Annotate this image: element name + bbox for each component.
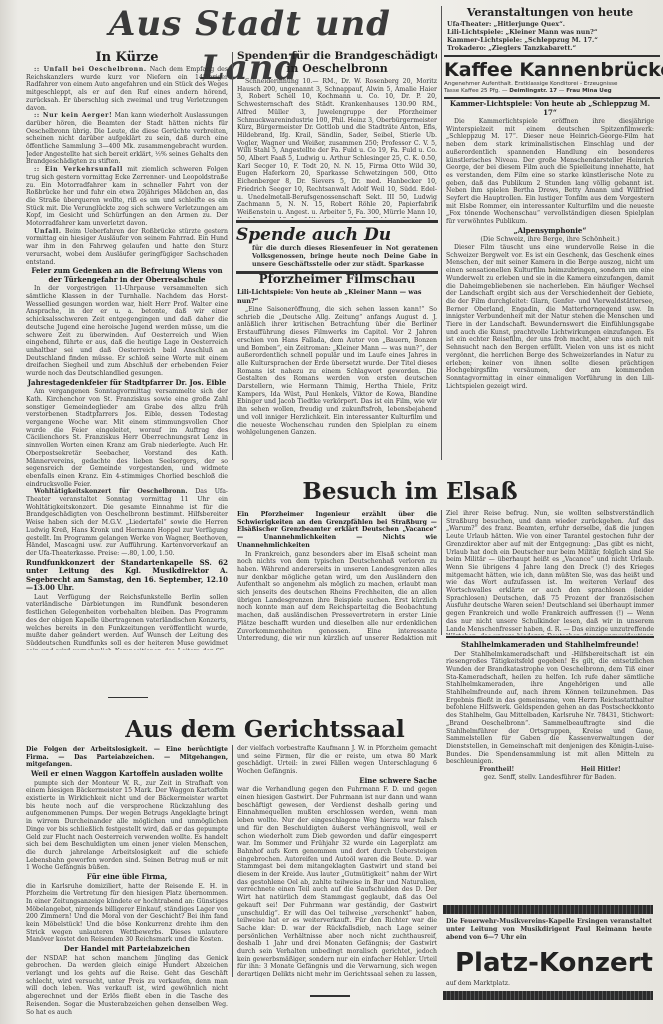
cafe-line1: Angenehmer Aufenthalt. Erstklassige Kond… xyxy=(444,81,660,88)
spende-ad-text: für die durch dieses Riesenfeuer in Not … xyxy=(236,245,438,269)
newspaper-page: Aus Stadt und Land Veranstaltungen von h… xyxy=(0,0,663,1024)
kurze-column: In Kürze :: Unfall bei Oeschelbronn. Nac… xyxy=(26,50,228,650)
column-rule xyxy=(232,745,233,977)
events-title: Veranstaltungen von heute xyxy=(447,6,653,20)
cafe-owner: Frau Mina Ueg xyxy=(566,88,611,94)
stahlhelm-greeting-right: Heil Hitler! xyxy=(581,766,621,774)
column-rule xyxy=(232,52,233,460)
jahrestag-heading: Jahrestagedenkfeier für Stadtpfarrer Dr.… xyxy=(26,379,228,388)
elsass-right: Ziel ihrer Reise befrug. Nun, sie wollte… xyxy=(446,510,654,635)
column-rule xyxy=(441,510,442,635)
filmschau-sub2: Kammer-Lichtspiele: Von heute ab „Schlep… xyxy=(446,100,654,117)
filmschau-title: Pforzheimer Filmschau xyxy=(237,272,437,287)
spende-ad-title: Spende auch Du xyxy=(236,225,438,245)
stahlhelm-greeting-left: Frontheil! xyxy=(479,766,514,774)
event-row: Kammer-Lichtspiele: „Schleppzug M. 17.“ xyxy=(447,36,653,44)
elsass-subtitle: Ein Pforzheimer Ingenieur erzählt über d… xyxy=(237,511,437,550)
kurze-paragraph: :: Ein Verkehrsunfall mit ziemlich schwe… xyxy=(26,166,228,228)
cafe-price: Tasse Kaffee 25 Pfg. xyxy=(444,88,500,94)
elsass-title: Besuch im Elsaß xyxy=(230,478,590,506)
stahlhelm-box: Stahlhelmkameraden und Stahlhelmfreunde!… xyxy=(446,636,654,908)
spenden-title-2: in Oeschelbronn xyxy=(237,62,437,75)
platzkonzert-location: auf dem Marktplatz. xyxy=(446,980,652,988)
filmschau-sub3b: (Die Schweiz, ihre Berge, ihre Schönheit… xyxy=(446,236,654,244)
column-rule xyxy=(441,6,442,460)
cafe-name: Kaffee Kannenbrücke xyxy=(444,59,660,81)
gericht-left: Die Folgen der Arbeitslosigkeit. — Eine … xyxy=(26,745,228,1015)
gericht-subtitle: Die Folgen der Arbeitslosigkeit. — Eine … xyxy=(26,746,228,769)
kurze-title: In Kürze xyxy=(26,50,228,66)
events-box: Veranstaltungen von heute Ufa-Theater: „… xyxy=(447,6,653,52)
spende-ad: Spende auch Du für die durch dieses Ries… xyxy=(236,220,438,274)
gericht-middle: der vielfach vorbestrafte Kaufmann J. W.… xyxy=(237,745,437,977)
rundfunk-heading: Rundfunkkonzert der Standartenkapelle SS… xyxy=(26,559,228,593)
kurze-paragraph: :: Nur kein Aerger! Man kann wiederholt … xyxy=(26,112,228,166)
ad-bar-bottom xyxy=(443,991,653,1000)
gericht-title: Aus dem Gerichtssaal xyxy=(100,715,430,745)
filmschau-sub1: Lili-Lichtspiele: Von heute ab „Kleiner … xyxy=(237,288,437,305)
platzkonzert-intro: Die Feuerwehr-Musikvereins-Kapelle Ersin… xyxy=(446,918,652,941)
masthead-title: Aus Stadt und Land xyxy=(60,2,440,46)
cafe-ad: Kaffee Kannenbrücke Angenehmer Aufenthal… xyxy=(444,55,660,99)
kurze-paragraph: :: Unfall bei Oeschelbronn. Nach dem Emp… xyxy=(26,66,228,112)
elsass-text-left: In Frankreich, ganz besonders aber im El… xyxy=(237,551,437,643)
spenden-list: Schneiderinnung 10.— RM., Dr. W. Rosenbe… xyxy=(237,78,437,218)
filmschau-right-column: Kammer-Lichtspiele: Von heute ab „Schlep… xyxy=(446,100,654,455)
section-rule xyxy=(108,697,148,698)
gericht-sub2: Weil er einen Waggon Kartoffeln ausladen… xyxy=(26,770,228,779)
filmschau-text1: „Eine Saisoneröffnung, die sich sehen la… xyxy=(237,306,437,437)
cafe-address: Deimlingstr. 17 xyxy=(509,88,557,94)
event-row: Lili-Lichtspiele: „Kleiner Mann was nun?… xyxy=(447,28,653,36)
elsass-left: Ein Pforzheimer Ingenieur erzählt über d… xyxy=(237,510,437,643)
wohltaetig-paragraph: Wohltätigkeitskonzert für Oeschelbronn. … xyxy=(26,488,228,557)
section-end-rule xyxy=(310,995,350,997)
spenden-column: Spenden für die Brandgeschädigten in Oes… xyxy=(237,50,437,218)
filmschau-column: Pforzheimer Filmschau Lili-Lichtspiele: … xyxy=(237,272,437,452)
gericht-text1: pumpte sich der Monteur W. R., zur Zeit … xyxy=(26,780,228,872)
elsass-text-right: Ziel ihrer Reise befrug. Nun, sie wollte… xyxy=(446,510,654,635)
spenden-title-1: Spenden für die Brandgeschädigten xyxy=(237,50,437,62)
gericht-sub3: Für eine üble Firma, xyxy=(26,873,228,882)
stahlhelm-text: Der Stahlhelmkameradschaft und -Hilfsber… xyxy=(446,651,654,767)
platzkonzert-title: Platz-Konzert xyxy=(455,948,653,978)
gericht-text3: der NSDAP. hat schon manchem Jüngling da… xyxy=(26,955,228,1015)
feier-heading: Feier zum Gedenken an die Befreiung Wien… xyxy=(26,267,228,284)
rundfunk-text: Laut Verfügung der Reichsfunkstelle Berl… xyxy=(26,594,228,650)
filmschau-sub3: „Alpensymphonie“ xyxy=(446,227,654,236)
gericht-sub4: Der Handel mit Parteiabzeichen xyxy=(26,945,228,954)
event-row: Trokadero: „Zieglers Tanzkabarett.“ xyxy=(447,44,653,52)
gericht-text2: die in Karlsruhe domiziliert, hatte der … xyxy=(26,883,228,945)
feier-text: In der vorgestrigen 11-Uhrpause versamme… xyxy=(26,285,228,377)
event-row: Ufa-Theater: „Hitlerjunge Quex“. xyxy=(447,20,653,28)
stahlhelm-title: Stahlhelmkameraden und Stahlhelmfreunde! xyxy=(446,641,654,650)
ad-bar-top xyxy=(443,905,653,914)
gericht-sub5: Eine schwere Sache xyxy=(237,777,437,786)
kurze-paragraph: Unfall. Beim Ueberfahren der Roßbrücke s… xyxy=(26,228,228,267)
gericht-text4: der vielfach vorbestrafte Kaufmann J. W.… xyxy=(237,745,437,776)
stahlhelm-signed: gez. Senff, stellv. Landesführer für Bad… xyxy=(446,774,654,782)
filmschau-text3: Dieser Film täuscht uns eine wundervolle… xyxy=(446,244,654,390)
filmschau-text2: Die Kammerlichtspiele eröffnen ihre dies… xyxy=(446,118,654,226)
gericht-text5: war die Verhandlung gegen den Fuhrmann F… xyxy=(237,786,437,977)
jahrestag-text: Am vergangenen Sonntagvormittag versamme… xyxy=(26,388,228,488)
